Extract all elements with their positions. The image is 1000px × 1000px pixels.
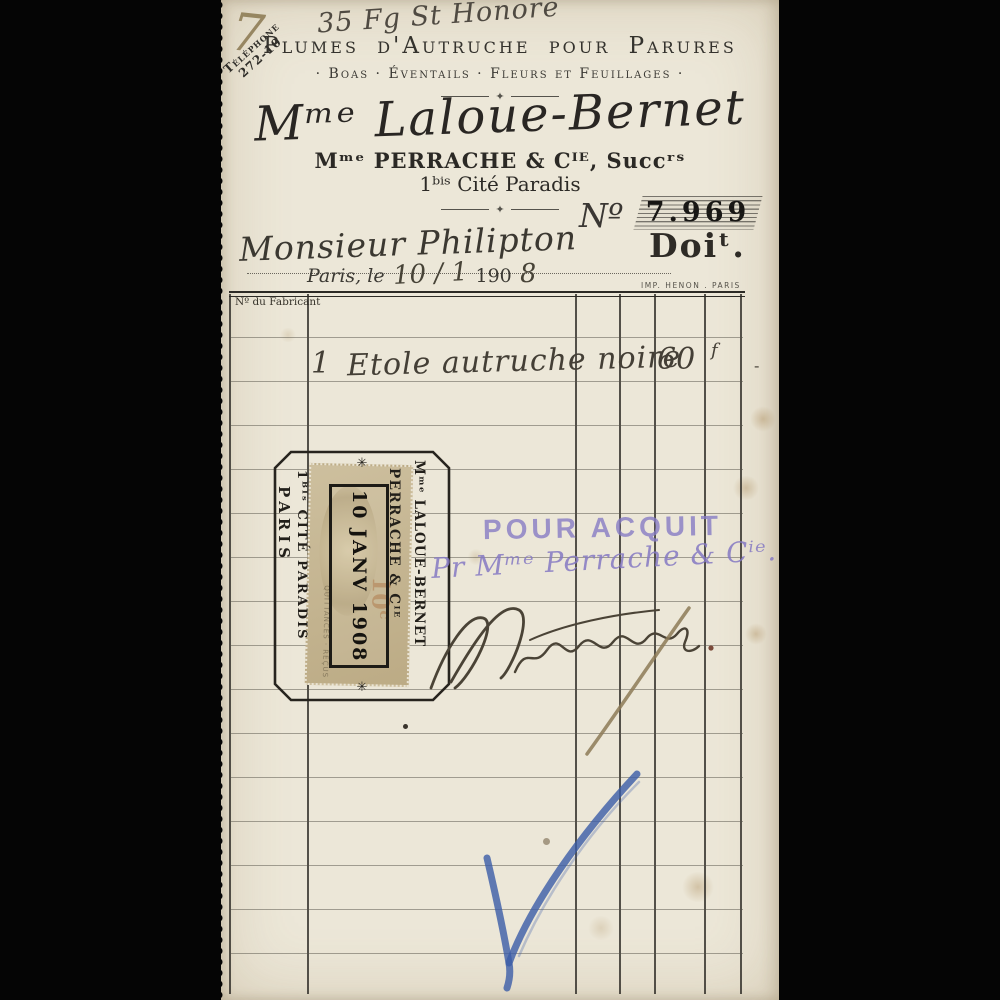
paper-stain (745, 623, 767, 645)
company-tagline: Plumes d'Autruche pour Parures (221, 33, 779, 59)
date-line: Paris, le 10 / 1 190 8 (307, 259, 536, 289)
item-quantity: 1 (311, 346, 330, 381)
date-prefix: Paris, le (307, 265, 385, 287)
company-name-script: Mᵐᵉ Laloue-Bernet (220, 78, 780, 153)
divider-glyph: ✦ (495, 203, 504, 216)
divider-line (511, 209, 559, 210)
paper-stain (750, 406, 776, 432)
stamp-text-paris: PARIS (275, 486, 293, 563)
successors-line: Mᵐᵉ PERRACHE & Cᴵᴱ, Succʳˢ (221, 148, 779, 173)
pencil-stroke (579, 600, 699, 760)
hatch-overlay (633, 196, 762, 230)
date-day-month: 10 / 1 (392, 257, 468, 291)
item-trailing-mark: - (754, 356, 759, 375)
divider-line (441, 209, 489, 210)
item-amount: 60 (657, 342, 695, 377)
blue-check-mark (473, 760, 653, 995)
doit-label: Doiᵗ. (649, 226, 746, 265)
ornament-divider: ✦ (425, 203, 575, 216)
signature-period-dot (708, 645, 713, 650)
invoice-number-box: 7.969 (633, 196, 762, 230)
invoice-paper: 7 Téléphone 272-10 35 Fg St Honoré Plume… (221, 0, 779, 1000)
stamp-text-cite-paradis: 1ᴮᴵˢ CITÉ PARADIS (294, 470, 309, 641)
company-subtagline: · Boas · Éventails · Fleurs et Feuillage… (221, 66, 779, 82)
company-address: 1ᵇⁱˢ Cité Paradis (221, 172, 779, 196)
date-stamp-text: 10 JANV 1908 (348, 490, 370, 662)
photo-stage: 7 Téléphone 272-10 35 Fg St Honoré Plume… (0, 0, 1000, 1000)
printer-credit: IMP. HENON . PARIS (641, 281, 741, 290)
date-stamp-box: 10 JANV 1908 (329, 484, 389, 668)
date-year-digit: 8 (519, 259, 537, 290)
date-century: 190 (476, 265, 512, 287)
item-amount-unit: f (711, 340, 718, 361)
invoice-number-label: Nº (579, 196, 623, 235)
